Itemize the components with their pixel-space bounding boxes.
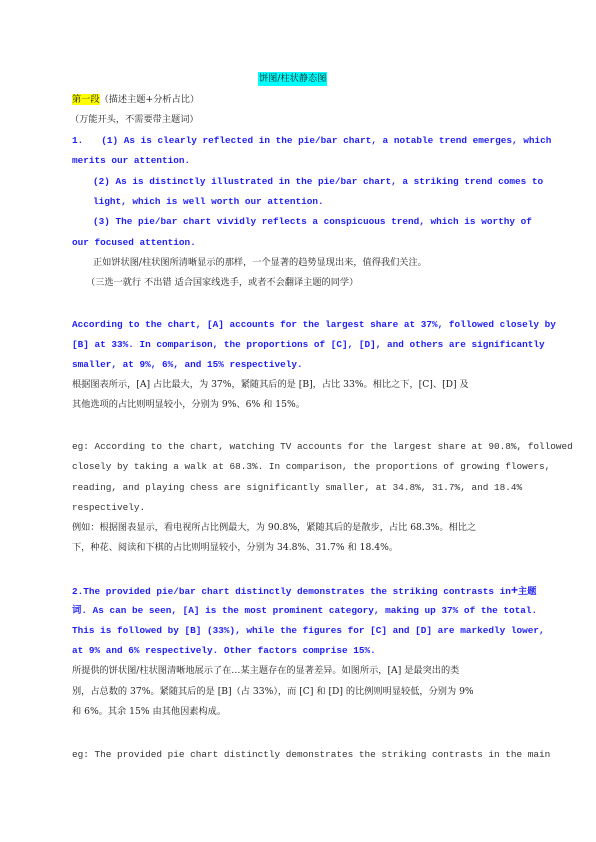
template2-line-4: at 9% and 6% respectively. Other factors… bbox=[72, 644, 376, 658]
template2-translation-line-3: 和 6%。其余 15% 由其他因素构成。 bbox=[72, 705, 226, 719]
example1-translation-line-2: 下，种花、阅读和下棋的占比则明显较小，分别为 34.8%、31.7% 和 18.… bbox=[72, 541, 398, 555]
opening-sentence-3-line-1: (3) The pie/bar chart vividly reflects a… bbox=[93, 215, 532, 229]
opening-translation: 正如饼状图/柱状图所清晰显示的那样，一个显著的趋势显现出来，值得我们关注。 bbox=[93, 256, 427, 270]
opening-sentence-3-line-2: our focused attention. bbox=[72, 236, 196, 250]
example1-translation-line-1: 例如：根据图表显示，看电视所占比例最大，为 90.8%，紧随其后的是散步，占比 … bbox=[72, 521, 476, 535]
template2-line-1: 2.The provided pie/bar chart distinctly … bbox=[72, 584, 536, 599]
template1-translation-line-1: 根据图表所示，[A] 占比最大，为 37%，紧随其后的是 [B]，占比 33%。… bbox=[72, 378, 469, 392]
template2-translation-line-1: 所提供的饼状图/柱状图清晰地展示了在…某主题存在的显著差异。如图所示，[A] 是… bbox=[72, 664, 459, 678]
template2-translation-line-2: 别，占总数的 37%。紧随其后的是 [B]（占 33%），而 [C] 和 [D]… bbox=[72, 685, 474, 699]
example1-line-3: reading, and playing chess are significa… bbox=[72, 481, 522, 495]
opening-number: 1. bbox=[72, 135, 83, 146]
template1-line-1: According to the chart, [A] accounts for… bbox=[72, 318, 556, 332]
page-title: 饼图/柱状静态图 bbox=[258, 72, 327, 86]
opening-sentence-1-line-2: merits our attention. bbox=[72, 154, 190, 168]
example1-line-4: respectively. bbox=[72, 501, 145, 515]
template1-line-2: [B] at 33%. In comparison, the proportio… bbox=[72, 338, 545, 352]
universal-opening-note: （万能开头，不需要带主题词） bbox=[70, 113, 199, 127]
document-page: 饼图/柱状静态图 第一段（描述主题+分析占比） （万能开头，不需要带主题词） 1… bbox=[0, 0, 596, 842]
example1-line-1: eg: According to the chart, watching TV … bbox=[72, 440, 573, 454]
section-label: 第一段 bbox=[72, 94, 100, 105]
template2-line-1-text: 2.The provided pie/bar chart distinctly … bbox=[72, 586, 511, 597]
opening-sentence-2-line-1: (2) As is distinctly illustrated in the … bbox=[93, 175, 543, 189]
opening-sentence-1-line-1: 1.(1) As is clearly reflected in the pie… bbox=[72, 134, 551, 148]
template2-line-3: This is followed by [B] (33%), while the… bbox=[72, 624, 545, 638]
opening-tip: （三选一就行 不出错 适合国家线选手，或者不会翻译主题的同学） bbox=[86, 276, 358, 290]
section-heading: 第一段（描述主题+分析占比） bbox=[72, 93, 199, 107]
topic-word-label: 主题 bbox=[518, 586, 536, 597]
example2-line-1: eg: The provided pie chart distinctly de… bbox=[72, 748, 550, 762]
example1-line-2: closely by taking a walk at 68.3%. In co… bbox=[72, 460, 550, 474]
template2-line-2: 词. As can be seen, [A] is the most promi… bbox=[72, 604, 537, 618]
plus-icon: + bbox=[511, 584, 518, 598]
opening-sentence-2-line-2: light, which is well worth our attention… bbox=[93, 195, 324, 209]
opening-s1-text: (1) As is clearly reflected in the pie/b… bbox=[101, 135, 551, 146]
section-description: （描述主题+分析占比） bbox=[100, 94, 200, 105]
template1-line-3: smaller, at 9%, 6%, and 15% respectively… bbox=[72, 358, 303, 372]
template1-translation-line-2: 其他选项的占比则明显较小，分别为 9%、6% 和 15%。 bbox=[72, 398, 305, 412]
